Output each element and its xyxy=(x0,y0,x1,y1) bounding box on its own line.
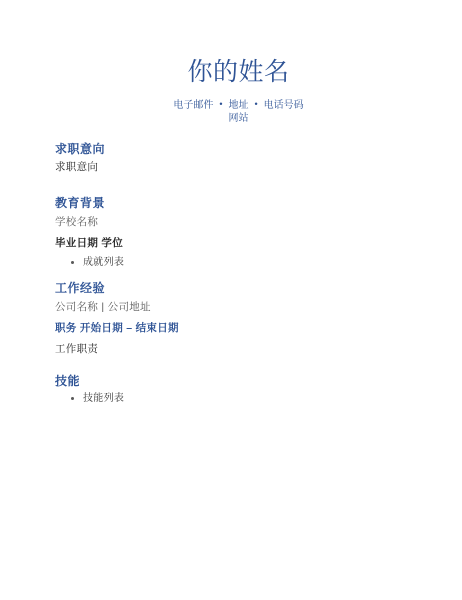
objective-text: 求职意向 xyxy=(55,158,422,177)
education-date-degree: 毕业日期 学位 xyxy=(55,234,422,253)
section-skills: 技能 技能列表 xyxy=(55,373,422,408)
education-achievement-item: 成就列表 xyxy=(55,253,422,272)
education-achievement-text: 成就列表 xyxy=(83,257,124,268)
experience-company-line: 公司名称 | 公司地址 xyxy=(55,298,422,317)
section-education: 教育背景 学校名称 毕业日期 学位 成就列表 xyxy=(55,195,422,272)
separator-dot-icon: • xyxy=(219,98,222,111)
bullet-icon xyxy=(71,397,74,400)
resume-document-page: 你的姓名 电子邮件•地址•电话号码 网站 求职意向 求职意向 教育背景 学校名称… xyxy=(0,0,462,600)
contact-address: 地址 xyxy=(229,100,249,111)
page-title: 你的姓名 xyxy=(55,56,422,89)
skills-list-text: 技能列表 xyxy=(83,393,124,404)
contact-email: 电子邮件 xyxy=(173,100,213,111)
contact-line: 电子邮件•地址•电话号码 xyxy=(55,98,422,112)
separator-dot-icon: • xyxy=(255,98,258,111)
contact-phone: 电话号码 xyxy=(264,100,304,111)
education-school-name: 学校名称 xyxy=(55,213,422,232)
section-heading-education: 教育背景 xyxy=(55,195,422,211)
experience-duties: 工作职责 xyxy=(55,340,422,359)
skills-list-item: 技能列表 xyxy=(55,389,422,408)
section-heading-experience: 工作经验 xyxy=(55,280,422,296)
section-objective: 求职意向 求职意向 xyxy=(55,141,422,177)
section-experience: 工作经验 公司名称 | 公司地址 职务 开始日期 – 结束日期 工作职责 xyxy=(55,280,422,359)
bullet-icon xyxy=(71,261,74,264)
experience-role-dates: 职务 开始日期 – 结束日期 xyxy=(55,319,422,338)
section-heading-skills: 技能 xyxy=(55,373,422,389)
contact-website: 网站 xyxy=(55,112,422,125)
section-heading-objective: 求职意向 xyxy=(55,141,422,157)
resume-content: 你的姓名 电子邮件•地址•电话号码 网站 求职意向 求职意向 教育背景 学校名称… xyxy=(0,56,462,408)
